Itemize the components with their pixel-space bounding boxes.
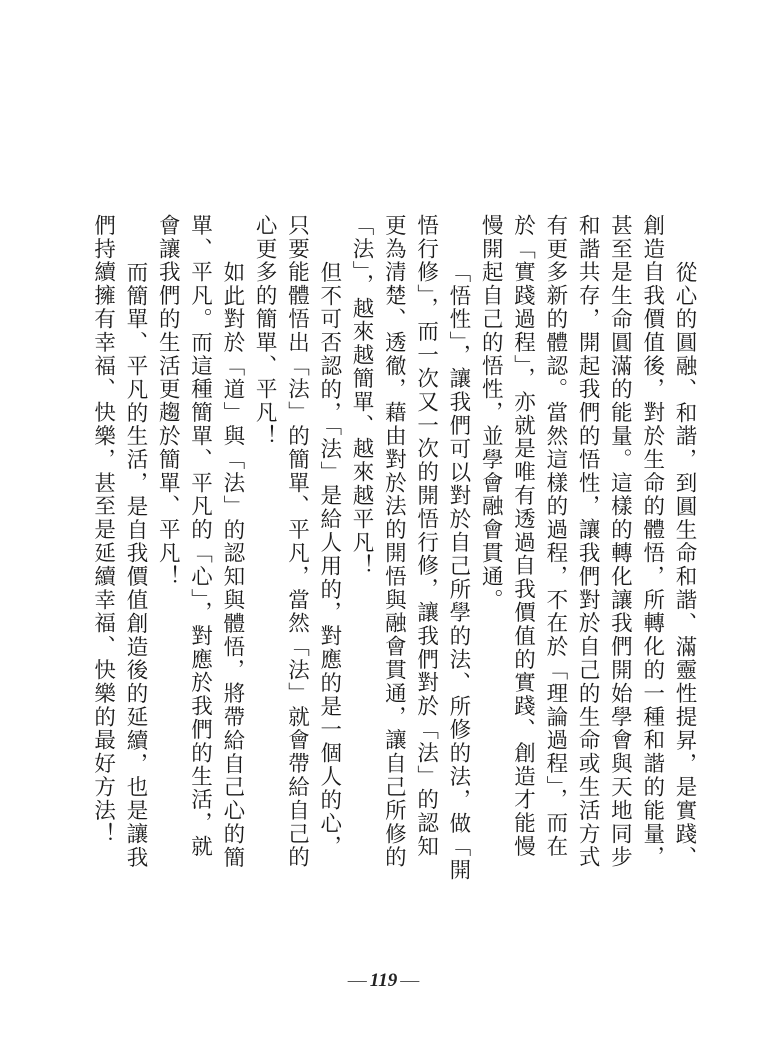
text-column-2: 創造自我價值後，對於生命的體悟，所轉化的一種和諧的能量，: [635, 214, 667, 874]
text-column-1: 從心的圓融、和諧，到圓生命和諧、滿靈性提昇，是實踐、: [668, 214, 700, 874]
text-column-9: 悟行修」，而一次又一次的開悟行修，讓我們對於「法」的認知: [409, 214, 441, 874]
text-column-6: 於「實踐過程」，亦就是唯有透過自我價值的實踐、創造才能慢: [506, 214, 538, 874]
page-number: —119—: [0, 970, 767, 992]
vertical-text-body: 從心的圓融、和諧，到圓生命和諧、滿靈性提昇，是實踐、 創造自我價值後，對於生命的…: [86, 214, 700, 874]
text-column-8: 「悟性」，讓我們可以對於自己所學的法、所修的法，做「開: [442, 214, 474, 874]
text-column-15: 如此對於「道」與「法」的認知與體悟，將帶給自己心的簡: [216, 214, 248, 874]
text-column-14: 心更多的簡單、平凡！: [248, 214, 280, 874]
text-column-11: 「法」，越來越簡單、越來越平凡！: [345, 214, 377, 874]
text-column-18: 而簡單、平凡的生活，是自我價值創造後的延續，也是讓我: [119, 214, 151, 874]
text-column-12: 但不可否認的，「法」是給人用的，對應的是一個人的心，: [312, 214, 344, 874]
text-column-7: 慢開起自己的悟性，並學會融會貫通。: [474, 214, 506, 874]
text-column-4: 和諧共存，開起我們的悟性，讓我們對於自己的生命或生活方式: [571, 214, 603, 874]
text-column-5: 有更多新的體認。當然這樣的過程，不在於「理論過程」，而在: [539, 214, 571, 874]
text-column-19: 們持續擁有幸福、快樂，甚至是延續幸福、快樂的最好方法！: [86, 214, 118, 874]
text-column-16: 單、平凡。而這種簡單、平凡的「心」，對應於我們的生活，就: [183, 214, 215, 874]
page-number-dash-right: —: [400, 970, 419, 991]
page-number-value: 119: [370, 970, 397, 991]
page-number-dash-left: —: [348, 970, 367, 991]
text-column-17: 會讓我們的生活更趨於簡單、平凡！: [151, 214, 183, 874]
text-column-10: 更為清楚、透徹，藉由對於法的開悟與融會貫通，讓自己所修的: [377, 214, 409, 874]
text-column-3: 甚至是生命圓滿的能量。這樣的轉化讓我們開始學會與天地同步: [603, 214, 635, 874]
text-column-13: 只要能體悟出「法」的簡單、平凡，當然「法」就會帶給自己的: [280, 214, 312, 874]
